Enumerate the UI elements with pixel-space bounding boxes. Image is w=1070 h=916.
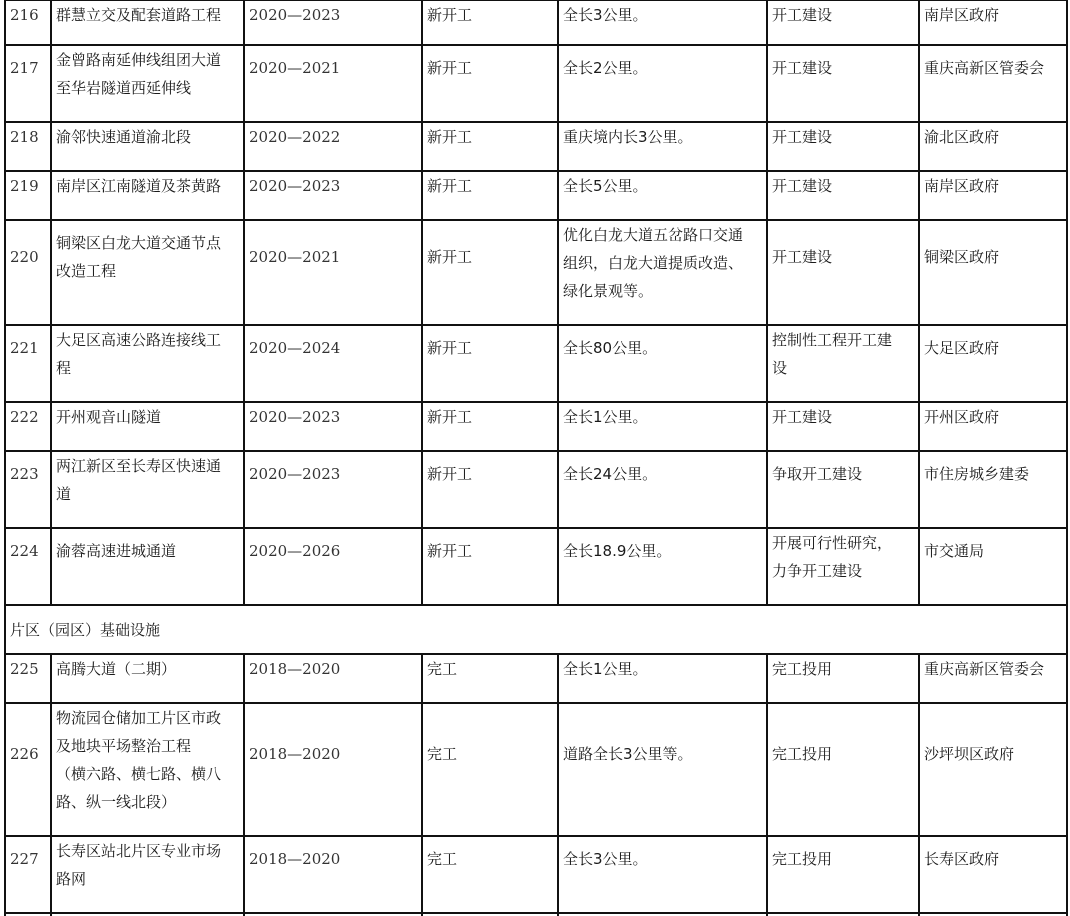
table-row: 221大足区高速公路连接线工程2020—2024新开工全长80公里。控制性工程开… [5,325,1067,402]
row-number: 219 [5,171,51,220]
construction-content: 全长3公里。 [558,0,767,45]
responsible-unit: 重庆高新区管委会 [919,654,1067,703]
row-number: 224 [5,528,51,605]
construction-content: 全长5公里。 [558,171,767,220]
project-name-line: 改造工程 [56,257,239,285]
project-name-line: 两江新区至长寿区快速通 [56,452,239,480]
project-name-line: （横六路、横七路、横八 [56,760,239,788]
annual-goal: 完工投用 [767,703,919,836]
annual-goal-line: 争取开工建设 [772,460,914,488]
project-name-line: 群慧立交及配套道路工程 [56,1,239,29]
table-row: 218渝邻快速通道渝北段2020—2022新开工重庆境内长3公里。开工建设渝北区… [5,122,1067,171]
table-row: 225高腾大道（二期）2018—2020完工全长1公里。完工投用重庆高新区管委会 [5,654,1067,703]
table-row: 216群慧立交及配套道路工程2020—2023新开工全长3公里。开工建设南岸区政… [5,0,1067,45]
annual-goal: 开工建设 [767,402,919,451]
row-number: 217 [5,45,51,122]
annual-goal-line: 开工建设 [772,54,914,82]
project-name-line: 大足区高速公路连接线工 [56,326,239,354]
annual-goal-line: 开工建设 [772,1,914,29]
project-name: 大足区高速公路连接线工程 [51,325,244,402]
construction-content-line: 绿化景观等。 [563,277,762,305]
construction-period: 2020—2023 [244,171,422,220]
construction-content: 全长80公里。 [558,325,767,402]
annual-goal: 完工投用 [767,836,919,913]
construction-content-line: 重庆境内长3公里。 [563,123,762,151]
project-nature: 新开工 [422,45,558,122]
construction-content-line: 全长1公里。 [563,403,762,431]
table-row: 222开州观音山隧道2020—2023新开工全长1公里。开工建设开州区政府 [5,402,1067,451]
project-name-line: 金曾路南延伸线组团大道 [56,46,239,74]
annual-goal-line: 开工建设 [772,403,914,431]
section-title: 片区（园区）基础设施 [5,605,1067,654]
responsible-unit: 开州区政府 [919,402,1067,451]
project-nature: 完工 [422,703,558,836]
construction-content: 道路全长3公里等。 [558,703,767,836]
responsible-unit: 市住房城乡建委 [919,451,1067,528]
construction-content-line: 全长1公里。 [563,655,762,683]
project-nature: 完工 [422,836,558,913]
project-nature: 完工 [422,654,558,703]
responsible-unit: 大足区政府 [919,325,1067,402]
annual-goal: 开工建设 [767,171,919,220]
construction-content: 全长18.9公里。 [558,528,767,605]
construction-content-line: 全长5公里。 [563,172,762,200]
construction-content: 全长1公里。 [558,402,767,451]
construction-content: 优化白龙大道五岔路口交通组织，白龙大道提质改造、绿化景观等。 [558,220,767,325]
construction-content: 全长2公里。 [558,45,767,122]
project-name: 长寿区站北片区专业市场路网 [51,836,244,913]
project-name: 南岸区江南隧道及茶黄路 [51,171,244,220]
responsible-unit: 市交通局 [919,528,1067,605]
annual-goal: 完工投用 [767,654,919,703]
project-name-line: 至华岩隧道西延伸线 [56,74,239,102]
table-row: 219南岸区江南隧道及茶黄路2020—2023新开工全长5公里。开工建设南岸区政… [5,171,1067,220]
table-row: 223两江新区至长寿区快速通道2020—2023新开工全长24公里。争取开工建设… [5,451,1067,528]
table-row: 217金曾路南延伸线组团大道至华岩隧道西延伸线2020—2021新开工全长2公里… [5,45,1067,122]
annual-goal: 开展可行性研究，力争开工建设 [767,528,919,605]
responsible-unit: 长寿区政府 [919,836,1067,913]
project-name-line: 铜梁区白龙大道交通节点 [56,229,239,257]
construction-content-line: 全长3公里。 [563,845,762,873]
construction-content: 重庆境内长3公里。 [558,122,767,171]
annual-goal-line: 设 [772,354,914,382]
project-name-line: 渝蓉高速进城通道 [56,537,239,565]
construction-content-line: 道路全长3公里等。 [563,740,762,768]
row-number: 216 [5,0,51,45]
row-number: 218 [5,122,51,171]
annual-goal-line: 完工投用 [772,740,914,768]
annual-goal-line: 开工建设 [772,123,914,151]
construction-content: 全长3公里。 [558,836,767,913]
annual-goal: 控制性工程开工建设 [767,325,919,402]
construction-period: 2020—2026 [244,528,422,605]
responsible-unit: 南岸区政府 [919,171,1067,220]
project-nature: 新开工 [422,171,558,220]
project-nature: 新开工 [422,0,558,45]
construction-period: 2020—2023 [244,0,422,45]
table-row: 224渝蓉高速进城通道2020—2026新开工全长18.9公里。开展可行性研究，… [5,528,1067,605]
row-number: 227 [5,836,51,913]
annual-goal-line: 开工建设 [772,243,914,271]
project-name-line: 开州观音山隧道 [56,403,239,431]
annual-goal-line: 开展可行性研究， [772,529,914,557]
table-row: 226物流园仓储加工片区市政及地块平场整治工程（横六路、横七路、横八路、纵一线北… [5,703,1067,836]
project-nature: 新开工 [422,325,558,402]
project-table: 216群慧立交及配套道路工程2020—2023新开工全长3公里。开工建设南岸区政… [4,0,1068,916]
responsible-unit: 渝北区政府 [919,122,1067,171]
table-row: 227长寿区站北片区专业市场路网2018—2020完工全长3公里。完工投用长寿区… [5,836,1067,913]
project-name-line: 高腾大道（二期） [56,655,239,683]
project-name: 渝邻快速通道渝北段 [51,122,244,171]
project-name-line: 长寿区站北片区专业市场 [56,837,239,865]
section-header-row: 片区（园区）基础设施 [5,605,1067,654]
project-nature: 新开工 [422,220,558,325]
construction-period: 2018—2020 [244,703,422,836]
row-number: 226 [5,703,51,836]
construction-period: 2018—2020 [244,836,422,913]
construction-content-line: 全长3公里。 [563,1,762,29]
construction-content: 全长24公里。 [558,451,767,528]
project-name-line: 路、纵一线北段） [56,788,239,816]
construction-period: 2020—2024 [244,325,422,402]
project-nature: 新开工 [422,402,558,451]
project-nature: 新开工 [422,528,558,605]
responsible-unit: 重庆高新区管委会 [919,45,1067,122]
project-nature: 新开工 [422,451,558,528]
row-number: 220 [5,220,51,325]
project-name: 金曾路南延伸线组团大道至华岩隧道西延伸线 [51,45,244,122]
project-name-line: 程 [56,354,239,382]
project-name-line: 道 [56,480,239,508]
construction-period: 2020—2021 [244,45,422,122]
project-name-line: 及地块平场整治工程 [56,732,239,760]
responsible-unit: 南岸区政府 [919,0,1067,45]
responsible-unit: 沙坪坝区政府 [919,703,1067,836]
project-name: 铜梁区白龙大道交通节点改造工程 [51,220,244,325]
row-number: 221 [5,325,51,402]
construction-period: 2018—2020 [244,654,422,703]
annual-goal-line: 完工投用 [772,845,914,873]
project-table-body: 216群慧立交及配套道路工程2020—2023新开工全长3公里。开工建设南岸区政… [5,0,1067,916]
project-name: 群慧立交及配套道路工程 [51,0,244,45]
construction-content-line: 优化白龙大道五岔路口交通 [563,221,762,249]
annual-goal: 开工建设 [767,220,919,325]
table-row: 220铜梁区白龙大道交通节点改造工程2020—2021新开工优化白龙大道五岔路口… [5,220,1067,325]
construction-content-line: 全长2公里。 [563,54,762,82]
construction-content-line: 组织，白龙大道提质改造、 [563,249,762,277]
project-name: 高腾大道（二期） [51,654,244,703]
project-name: 开州观音山隧道 [51,402,244,451]
construction-period: 2020—2023 [244,451,422,528]
project-name: 物流园仓储加工片区市政及地块平场整治工程（横六路、横七路、横八路、纵一线北段） [51,703,244,836]
annual-goal: 争取开工建设 [767,451,919,528]
annual-goal: 开工建设 [767,45,919,122]
annual-goal-line: 开工建设 [772,172,914,200]
construction-period: 2020—2022 [244,122,422,171]
annual-goal: 开工建设 [767,122,919,171]
project-name: 渝蓉高速进城通道 [51,528,244,605]
construction-period: 2020—2023 [244,402,422,451]
project-name-line: 物流园仓储加工片区市政 [56,704,239,732]
project-name: 两江新区至长寿区快速通道 [51,451,244,528]
annual-goal-line: 控制性工程开工建 [772,326,914,354]
construction-content-line: 全长80公里。 [563,334,762,362]
construction-content-line: 全长24公里。 [563,460,762,488]
row-number: 223 [5,451,51,528]
annual-goal-line: 力争开工建设 [772,557,914,585]
construction-content: 全长1公里。 [558,654,767,703]
project-name-line: 路网 [56,865,239,893]
project-name-line: 渝邻快速通道渝北段 [56,123,239,151]
construction-content-line: 全长18.9公里。 [563,537,762,565]
annual-goal: 开工建设 [767,0,919,45]
construction-period: 2020—2021 [244,220,422,325]
annual-goal-line: 完工投用 [772,655,914,683]
row-number: 222 [5,402,51,451]
project-nature: 新开工 [422,122,558,171]
project-name-line: 南岸区江南隧道及茶黄路 [56,172,239,200]
responsible-unit: 铜梁区政府 [919,220,1067,325]
row-number: 225 [5,654,51,703]
